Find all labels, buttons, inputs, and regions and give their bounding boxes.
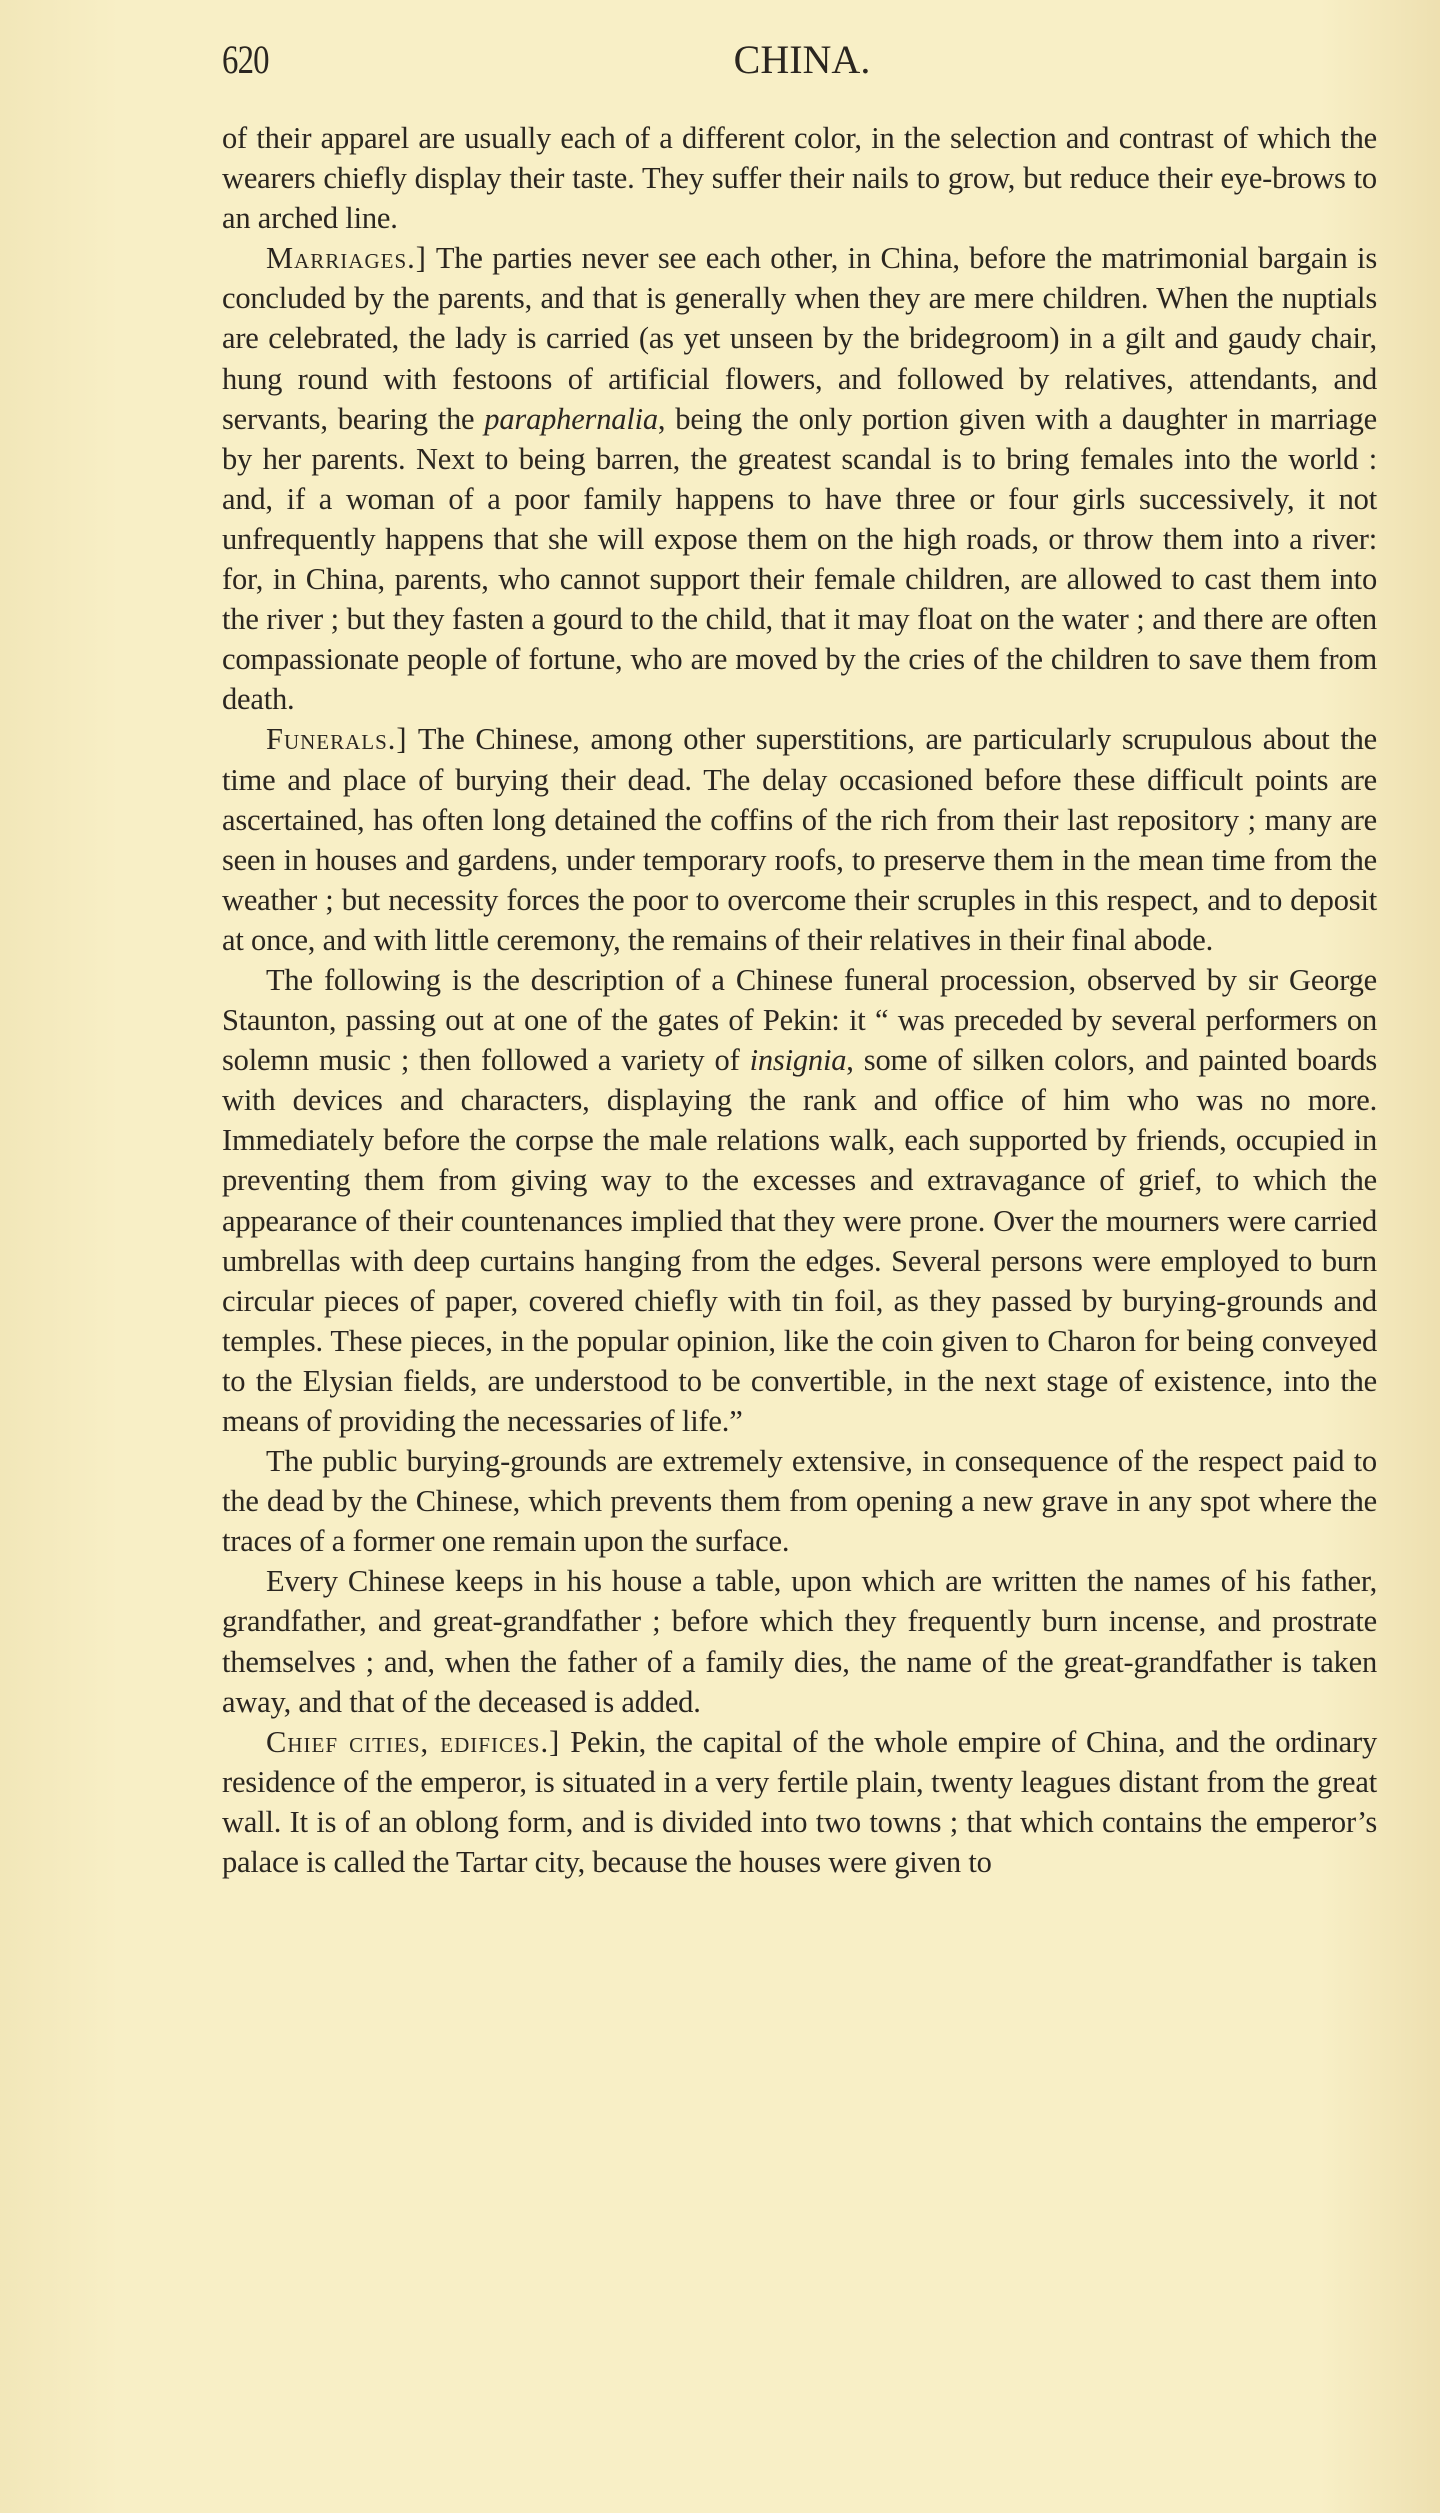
italic-term: paraphernalia [484,402,658,436]
section-heading-funerals: Funerals.] [266,722,408,756]
body-text: of their apparel are usually each of a d… [222,118,1377,1882]
running-head: 620 CHINA. [222,36,1392,86]
paragraph-funerals: Funerals.] The Chinese, among other supe… [222,719,1377,960]
paragraph-marriages: Marriages.] The parties never see each o… [222,238,1377,719]
italic-term: insignia [750,1043,847,1077]
paragraph-text: of their apparel are usually each of a d… [222,121,1377,235]
paragraph-burying-grounds: The public burying-grounds are extremely… [222,1441,1377,1561]
section-heading-marriages: Marriages.] [266,241,427,275]
paragraph-funeral-procession: The following is the description of a Ch… [222,960,1377,1441]
paragraph-text: , being the only portion given with a da… [222,402,1377,717]
paragraph-apparel: of their apparel are usually each of a d… [222,118,1377,238]
paragraph-ancestor-table: Every Chinese keeps in his house a table… [222,1561,1377,1721]
paragraph-text: Every Chinese keeps in his house a table… [222,1564,1377,1718]
section-heading-chief-cities: Chief cities, edifices.] [266,1725,560,1759]
paragraph-chief-cities: Chief cities, edifices.] Pekin, the capi… [222,1722,1377,1882]
paragraph-text: , some of silken colors, and painted boa… [222,1043,1377,1438]
paragraph-text: The Chinese, among other superstitions, … [222,722,1377,956]
paragraph-text: The public burying-grounds are extremely… [222,1444,1377,1558]
running-title: CHINA. [222,36,1382,83]
